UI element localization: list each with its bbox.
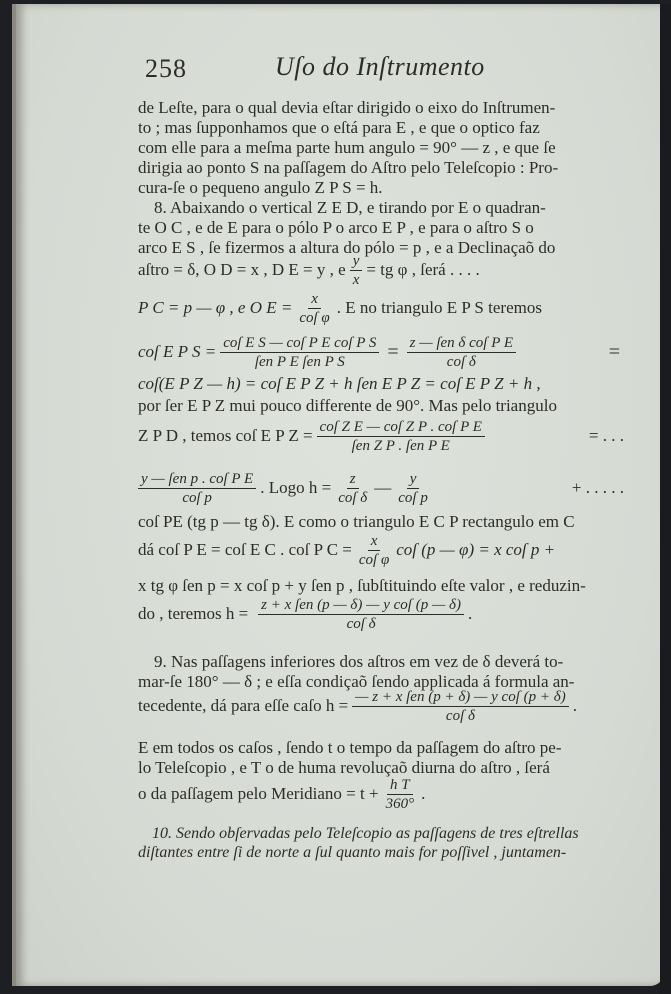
formula-line: coſ(E P Z — h) = coſ E P Z + h ſen E P Z… [138,374,624,394]
text-line: de Leſte, para o qual devia eſtar dirigi… [138,98,624,118]
paragraph-10-start: 10. Sendo obſervadas pelo Teleſcopio as … [138,824,624,844]
paragraph-8-start: 8. Abaixando o vertical Z E D, e tirando… [138,198,624,218]
running-head: Uſo do Inſtrumento [275,52,485,82]
page-number: 258 [145,54,187,84]
fraction: y coſ p [395,470,431,507]
text-line: to ; mas ſupponhamos que o eſtá para E ,… [138,118,624,138]
text-line: dirigia ao ponto S na paſſagem do Aſtro … [138,158,624,178]
fraction: x coſ φ [356,532,392,569]
text-line: te O C , e de E para o pólo P o arco E P… [138,218,624,238]
fraction: z coſ δ [335,470,370,507]
fraction: y — ſen p . coſ P E coſ p [138,470,256,507]
formula-line: P C = p — φ , e O E = x coſ φ . E no tri… [138,286,624,330]
page-header: 258 Uſo do Inſtrumento [145,52,625,92]
text-line: diſtantes entre ſi de norte a ſul quanto… [138,843,624,863]
fraction: z — ſen δ coſ P E coſ δ [407,334,516,371]
formula-line: o da paſſagem pelo Meridiano = t + h T 3… [138,772,624,816]
formula-line: coſ E P S = coſ E S — coſ P E coſ P S ſe… [138,330,624,374]
fraction: y x [350,252,363,289]
formula-line: tecedente, dá para eſſe caſo h = — z + x… [138,684,624,728]
fraction: z + x ſen (p — δ) — y coſ (p — δ) coſ δ [258,596,464,633]
formula-line: do , teremos h = z + x ſen (p — δ) — y c… [138,592,624,636]
formula-line: Z P D , temos coſ E P Z = coſ Z E — coſ … [138,414,624,458]
text-line: E em todos os caſos , ſendo t o tempo da… [138,738,624,758]
text-line: com elle para a meſma parte hum angulo =… [138,138,624,158]
text-line: por ſer E P Z mui pouco differente de 90… [138,396,624,416]
fraction: x coſ φ [296,290,332,327]
fraction: h T 360° [383,776,418,813]
text-line: cura-ſe o pequeno angulo Z P S = h. [138,178,624,198]
formula-line: y — ſen p . coſ P E coſ p . Logo h = z c… [138,466,624,510]
page-edge-shadow [660,4,671,994]
paragraph-9-start: 9. Nas paſſagens inferiores dos aſtros e… [138,652,624,672]
formula-line: dá coſ P E = coſ E C . coſ P C = x coſ φ… [138,528,624,572]
fraction: — z + x ſen (p + δ) — y coſ (p + δ) coſ … [352,688,569,725]
fraction: coſ Z E — coſ Z P . coſ P E ſen Z P . ſe… [317,418,485,455]
fraction: coſ E S — coſ P E coſ P S ſen P E ſen P … [220,334,379,371]
